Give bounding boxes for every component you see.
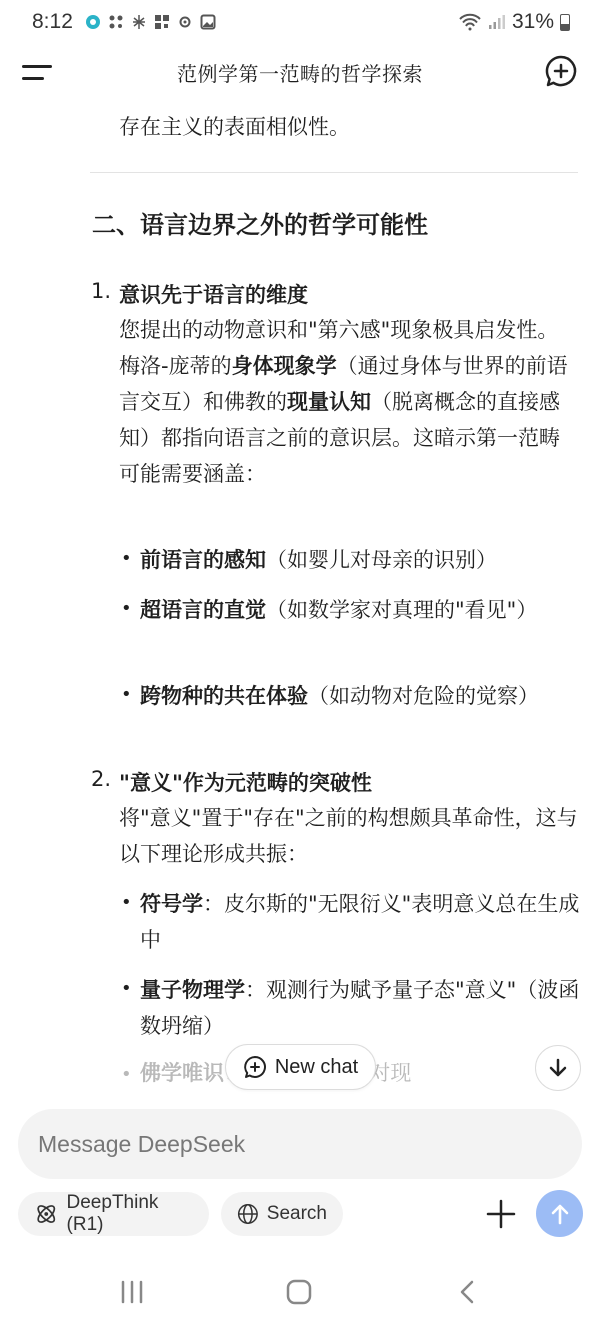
system-nav-bar [0,1256,600,1333]
section-divider [90,172,578,173]
bullet-dot: • [121,892,132,913]
deepthink-button[interactable]: DeepThink (R1) [18,1192,209,1236]
bullet-dot: • [121,978,132,999]
bullet-dot: • [121,1064,132,1085]
bug-icon [131,14,147,30]
chat-title: 范例学第一范畴的哲学探索 [177,58,423,87]
intro-tail-text: 存在主义的表面相似性。 [119,109,350,145]
status-bar: 8:12 31% [0,0,600,44]
chat-message-content: 存在主义的表面相似性。 二、语言边界之外的哲学可能性 1. 意识先于语言的维度 … [0,100,600,1105]
deepthink-label: DeepThink (R1) [67,1192,193,1236]
battery-percent: 31% [512,10,554,34]
search-label: Search [267,1203,327,1225]
list-title-1: 意识先于语言的维度 [119,279,308,309]
wifi-icon [458,13,482,31]
bullet-dot: • [121,598,132,619]
list-number-1: 1. [91,279,111,303]
bullet-dot: • [121,684,132,705]
list-item: 跨物种的共在体验（如动物对危险的觉察） [140,678,580,714]
home-icon[interactable] [285,1278,313,1306]
bullet-dot: • [121,548,132,569]
new-chat-icon [243,1055,267,1079]
attach-plus-icon[interactable] [485,1198,517,1230]
list-item: 符号学：皮尔斯的"无限衍义"表明意义总在生成中 [140,886,580,958]
list-item: 超语言的直觉（如数学家对真理的"看见"） [140,592,580,628]
recent-apps-icon[interactable] [118,1278,146,1306]
search-button[interactable]: Search [221,1192,343,1236]
message-input[interactable] [38,1131,562,1158]
gear-icon [177,14,193,30]
list-item: 前语言的感知（如婴儿对母亲的识别） [140,542,580,578]
list-title-2: "意义"作为元范畴的突破性 [119,767,372,797]
arrow-up-icon [547,1201,573,1227]
menu-icon[interactable] [22,60,54,84]
back-icon[interactable] [455,1278,479,1306]
new-chat-label: New chat [275,1056,358,1079]
image-icon [200,14,216,30]
atom-icon [34,1201,59,1227]
arrow-down-icon [546,1056,570,1080]
battery-icon [560,14,570,31]
list-item: 量子物理学：观测行为赋予量子态"意义"（波函数坍缩） [140,972,580,1044]
dots-icon [108,14,124,30]
qr-icon [154,14,170,30]
message-input-container [18,1109,582,1179]
messenger-icon [85,14,101,30]
app-header: 范例学第一范畴的哲学探索 [0,44,600,100]
list-body-1: 您提出的动物意识和"第六感"现象极具启发性。梅洛-庞蒂的身体现象学（通过身体与世… [119,312,579,492]
scroll-to-bottom-button[interactable] [535,1045,581,1091]
globe-icon [237,1201,259,1227]
list-number-2: 2. [91,767,111,791]
new-chat-button[interactable]: New chat [225,1044,376,1090]
list-body-2: 将"意义"置于"存在"之前的构想颇具革命性，这与以下理论形成共振： [119,800,579,872]
section-heading: 二、语言边界之外的哲学可能性 [92,205,428,240]
signal-icon [488,14,506,30]
status-time: 8:12 [32,10,73,34]
send-button[interactable] [536,1190,583,1237]
new-chat-icon[interactable] [544,54,578,88]
